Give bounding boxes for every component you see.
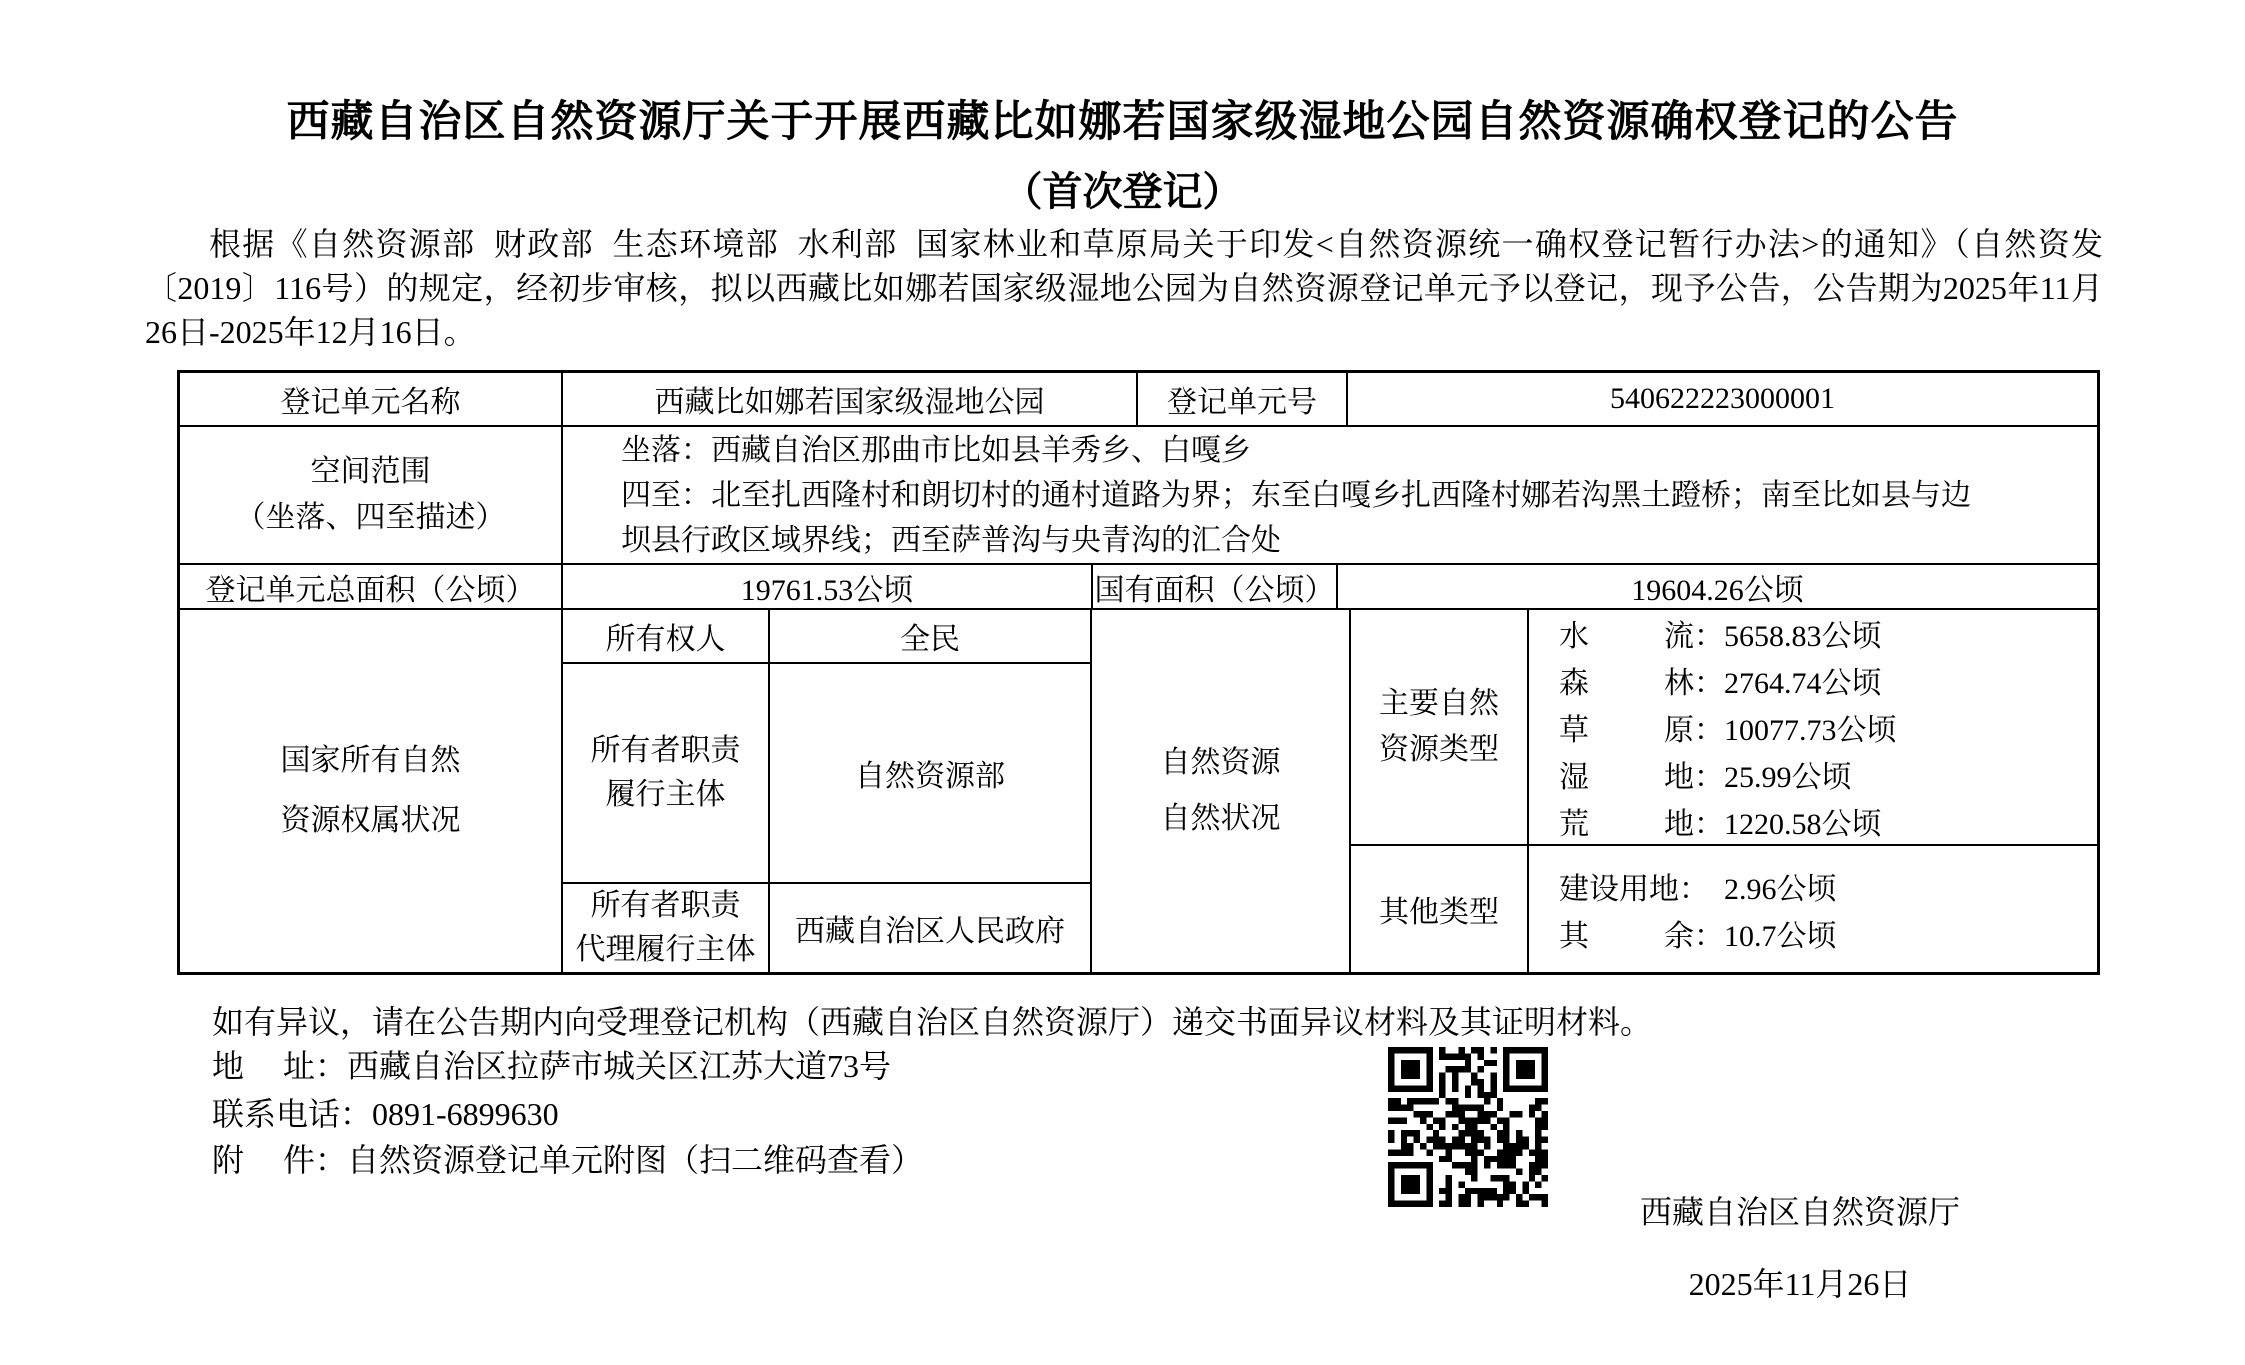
address-label: 地址： — [212, 1041, 347, 1087]
space-line: 坝县行政区域界线；西至萨普沟与央青沟的汇合处 — [621, 518, 1281, 563]
state-area-label: 国有面积（公顷） — [1093, 565, 1338, 608]
registration-table: 登记单元名称 西藏比如娜若国家级湿地公园 登记单元号 5406222230000… — [177, 370, 2100, 975]
resource-item: 荒地：1220.58公顷 — [1559, 797, 2097, 844]
duty-row: 所有者职责 履行主体 自然资源部 — [563, 664, 1090, 884]
issue-date: 2025年11月26日 — [1600, 1259, 2000, 1305]
unit-no-value: 540622223000001 — [1348, 373, 2097, 425]
resource-types-subtable: 主要自然 资源类型 水流：5658.83公顷 森林：2764.74公顷 草原：1… — [1351, 610, 2097, 972]
page-title: 西藏自治区自然资源厅关于开展西藏比如娜若国家级湿地公园自然资源确权登记的公告 — [145, 88, 2100, 149]
table-row-ownership-status: 国家所有自然 资源权属状况 所有权人 全民 所有者职责 履行主体 自然资源部 — [180, 610, 2097, 972]
unit-name-value: 西藏比如娜若国家级湿地公园 — [563, 373, 1138, 425]
duty-label: 所有者职责 履行主体 — [563, 664, 770, 882]
resource-item: 草原：10077.73公顷 — [1559, 704, 2097, 751]
table-row-area: 登记单元总面积（公顷） 19761.53公顷 国有面积（公顷） 19604.26… — [180, 565, 2097, 610]
natural-status-label: 自然资源 自然状况 — [1092, 610, 1351, 972]
total-area-label: 登记单元总面积（公顷） — [180, 565, 563, 608]
owner-label: 所有权人 — [563, 610, 770, 662]
attachment-label: 附件： — [212, 1135, 347, 1181]
ownership-subtable: 所有权人 全民 所有者职责 履行主体 自然资源部 所有者职责 代理履行主体 西藏… — [563, 610, 1092, 972]
unit-name-label: 登记单元名称 — [180, 373, 563, 425]
owner-value: 全民 — [770, 610, 1090, 662]
phone-value: 0891-6899630 — [372, 1096, 559, 1133]
main-types-row: 主要自然 资源类型 水流：5658.83公顷 森林：2764.74公顷 草原：1… — [1351, 610, 2097, 846]
phone-label: 联系电话： — [212, 1089, 372, 1135]
table-row-space: 空间范围 （坐落、四至描述） 坐落：西藏自治区那曲市比如县羊秀乡、白嘎乡 四至：… — [180, 427, 2097, 565]
resource-item: 建设用地：2.96公顷 — [1559, 862, 2097, 909]
attachment-line: 附件： 自然资源登记单元附图（扫二维码查看） — [212, 1135, 923, 1181]
phone-line: 联系电话： 0891-6899630 — [212, 1089, 559, 1135]
main-type-label: 主要自然 资源类型 — [1351, 610, 1529, 844]
qr-code — [1388, 1047, 1548, 1207]
agent-label: 所有者职责 代理履行主体 — [563, 884, 770, 972]
issuing-org: 西藏自治区自然资源厅 — [1600, 1187, 2000, 1233]
other-type-label: 其他类型 — [1351, 846, 1529, 972]
resource-item: 水流：5658.83公顷 — [1559, 610, 2097, 657]
resource-item: 森林：2764.74公顷 — [1559, 657, 2097, 704]
other-types-list: 建设用地：2.96公顷 其余：10.7公顷 — [1529, 846, 2097, 972]
total-area-value: 19761.53公顷 — [563, 565, 1093, 608]
page-subtitle: （首次登记） — [145, 160, 2100, 217]
announcement-document: 西藏自治区自然资源厅关于开展西藏比如娜若国家级湿地公园自然资源确权登记的公告 （… — [0, 0, 2245, 1365]
agent-row: 所有者职责 代理履行主体 西藏自治区人民政府 — [563, 884, 1090, 972]
resource-item: 湿地：25.99公顷 — [1559, 750, 2097, 797]
space-line: 四至：北至扎西隆村和朗切村的通村道路为界；东至白嘎乡扎西隆村娜若沟黑土蹬桥；南至… — [621, 473, 1971, 518]
space-range-label: 空间范围 （坐落、四至描述） — [180, 427, 563, 563]
unit-no-label: 登记单元号 — [1138, 373, 1348, 425]
duty-value: 自然资源部 — [770, 664, 1090, 882]
main-types-list: 水流：5658.83公顷 森林：2764.74公顷 草原：10077.73公顷 … — [1529, 610, 2097, 844]
table-row-unit: 登记单元名称 西藏比如娜若国家级湿地公园 登记单元号 5406222230000… — [180, 373, 2097, 427]
footer-section: 如有异议，请在公告期内向受理登记机构（西藏自治区自然资源厅）递交书面异议材料及其… — [145, 975, 2100, 1365]
agent-value: 西藏自治区人民政府 — [770, 884, 1090, 972]
resource-item: 其余：10.7公顷 — [1559, 909, 2097, 956]
address-line: 地址： 西藏自治区拉萨市城关区江苏大道73号 — [212, 1041, 891, 1087]
state-area-value: 19604.26公顷 — [1338, 565, 2097, 608]
space-range-value: 坐落：西藏自治区那曲市比如县羊秀乡、白嘎乡 四至：北至扎西隆村和朗切村的通村道路… — [563, 427, 2097, 563]
owner-row: 所有权人 全民 — [563, 610, 1090, 664]
ownership-section-label: 国家所有自然 资源权属状况 — [180, 610, 563, 972]
attachment-value: 自然资源登记单元附图（扫二维码查看） — [347, 1135, 923, 1181]
space-line: 坐落：西藏自治区那曲市比如县羊秀乡、白嘎乡 — [621, 428, 1251, 473]
other-types-row: 其他类型 建设用地：2.96公顷 其余：10.7公顷 — [1351, 846, 2097, 972]
address-value: 西藏自治区拉萨市城关区江苏大道73号 — [347, 1041, 891, 1087]
intro-paragraph: 根据《自然资源部 财政部 生态环境部 水利部 国家林业和草原局关于印发<自然资源… — [145, 222, 2103, 354]
objection-note: 如有异议，请在公告期内向受理登记机构（西藏自治区自然资源厅）递交书面异议材料及其… — [212, 997, 1652, 1043]
